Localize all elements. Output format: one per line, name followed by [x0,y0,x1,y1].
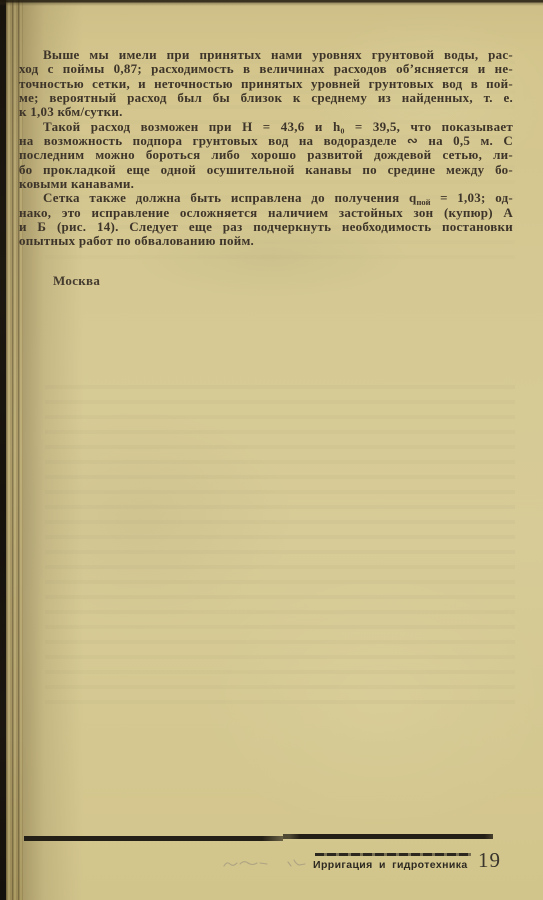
page-top-edge [0,0,543,6]
pencil-marks [222,855,314,871]
text-line: бо прокладкой еще одной осушительной кан… [19,163,513,177]
body-text: Выше мы имели при принятых нами уровнях … [19,48,513,249]
text-line: нако, это исправление осложняется наличи… [19,206,513,220]
text-line: опытных работ по обвалованию пойм. [19,234,513,248]
text-line: последним можно бороться либо хорошо раз… [19,148,513,162]
signature-title: Ирригация и гидротехника [313,859,475,871]
text-line: точностью сетки, и неточностью принятых … [19,77,513,91]
formula-post: = 1,03; од- [431,190,513,205]
city-line: Москва [53,273,100,289]
text-line: на возможность подпора грунтовых вод на … [19,134,513,148]
footer-rule-left-segment [24,836,283,841]
text-line: ковыми канавами. [19,177,513,191]
page-number: 19 [478,848,501,873]
formula-pre: Сетка также должна быть исправлена до по… [43,190,416,205]
text-line: и Б (рис. 14). Следует еще раз подчеркну… [19,220,513,234]
reverse-text-show-through [45,385,515,705]
signature-rule [315,853,471,856]
text-line: ме; вероятный расход был бы близок к сре… [19,91,513,105]
text-line: к 1,03 кбм/сутки. [19,105,513,119]
text-line: ход с поймы 0,87; расходимость в величин… [19,62,513,76]
text-line: Выше мы имели при принятых нами уровнях … [19,48,513,62]
text-line: Такой расход возможен при H = 43,6 и h₀ … [19,120,513,134]
footer-rule-right-segment [283,834,493,839]
text-line-with-subscript: Сетка также должна быть исправлена до по… [19,191,513,205]
